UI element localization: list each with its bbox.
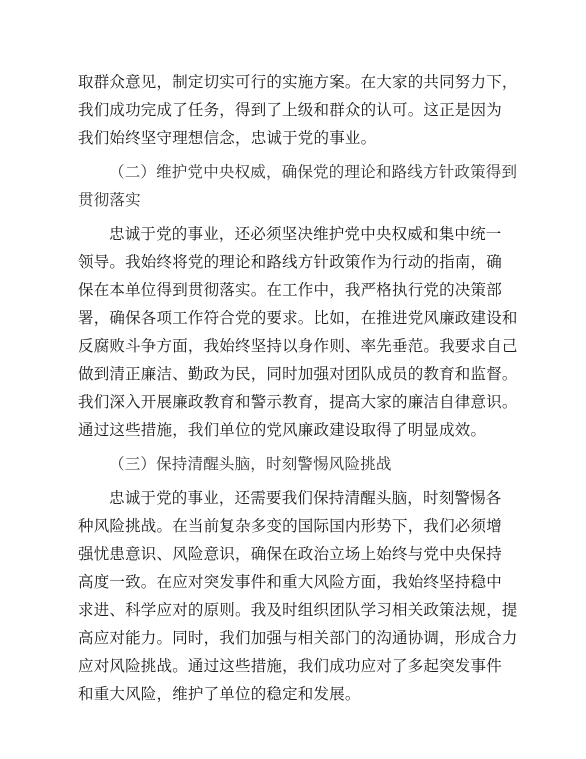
text-line: 高度一致。在应对突发事件和重大风险方面，我始终坚持稳中 [78,568,498,596]
text-line: 领导。我始终将党的理论和路线方针政策作为行动的指南，确 [78,248,498,276]
text-line: 忠诚于党的事业，还必须坚决维护党中央权威和集中统一 [78,220,498,248]
text-line: 种风险挑战。在当前复杂多变的国际国内形势下，我们必须增 [78,512,498,540]
section-heading-2: （二）维护党中央权威，确保党的理论和路线方针政策得到 贯彻落实 [78,158,498,214]
paragraph-section-2: 忠诚于党的事业，还必须坚决维护党中央权威和集中统一 领导。我始终将党的理论和路线… [78,220,498,444]
text-line: 强忧患意识、风险意识，确保在政治立场上始终与党中央保持 [78,540,498,568]
paragraph-conclusion: 取群众意见，制定切实可行的实施方案。在大家的共同努力下， 我们成功完成了任务，得… [78,68,498,152]
text-line: 我们成功完成了任务，得到了上级和群众的认可。这正是因为 [78,96,498,124]
text-line: 做到清正廉洁、勤政为民，同时加强对团队成员的教育和监督。 [78,360,498,388]
text-line: 忠诚于党的事业，还需要我们保持清醒头脑，时刻警惕各 [78,484,498,512]
heading-line: 贯彻落实 [78,186,498,214]
document-page: 取群众意见，制定切实可行的实施方案。在大家的共同努力下， 我们成功完成了任务，得… [0,0,586,759]
heading-line: （二）维护党中央权威，确保党的理论和路线方针政策得到 [78,158,498,186]
text-line: 反腐败斗争方面，我始终坚持以身作则、率先垂范。我要求自己 [78,332,498,360]
text-line: 和重大风险，维护了单位的稳定和发展。 [78,680,498,708]
text-line: 求进、科学应对的原则。我及时组织团队学习相关政策法规，提 [78,596,498,624]
text-line: 署，确保各项工作符合党的要求。比如，在推进党风廉政建设和 [78,304,498,332]
heading-line: （三）保持清醒头脑，时刻警惕风险挑战 [78,450,498,478]
document-body: 取群众意见，制定切实可行的实施方案。在大家的共同努力下， 我们成功完成了任务，得… [78,68,498,708]
text-line: 我们深入开展廉政教育和警示教育，提高大家的廉洁自律意识。 [78,388,498,416]
text-line: 通过这些措施，我们单位的党风廉政建设取得了明显成效。 [78,416,498,444]
text-line: 应对风险挑战。通过这些措施，我们成功应对了多起突发事件 [78,652,498,680]
paragraph-section-3: 忠诚于党的事业，还需要我们保持清醒头脑，时刻警惕各 种风险挑战。在当前复杂多变的… [78,484,498,708]
text-line: 高应对能力。同时，我们加强与相关部门的沟通协调，形成合力 [78,624,498,652]
text-line: 取群众意见，制定切实可行的实施方案。在大家的共同努力下， [78,68,498,96]
text-line: 我们始终坚守理想信念，忠诚于党的事业。 [78,124,498,152]
text-line: 保在本单位得到贯彻落实。在工作中，我严格执行党的决策部 [78,276,498,304]
section-heading-3: （三）保持清醒头脑，时刻警惕风险挑战 [78,450,498,478]
